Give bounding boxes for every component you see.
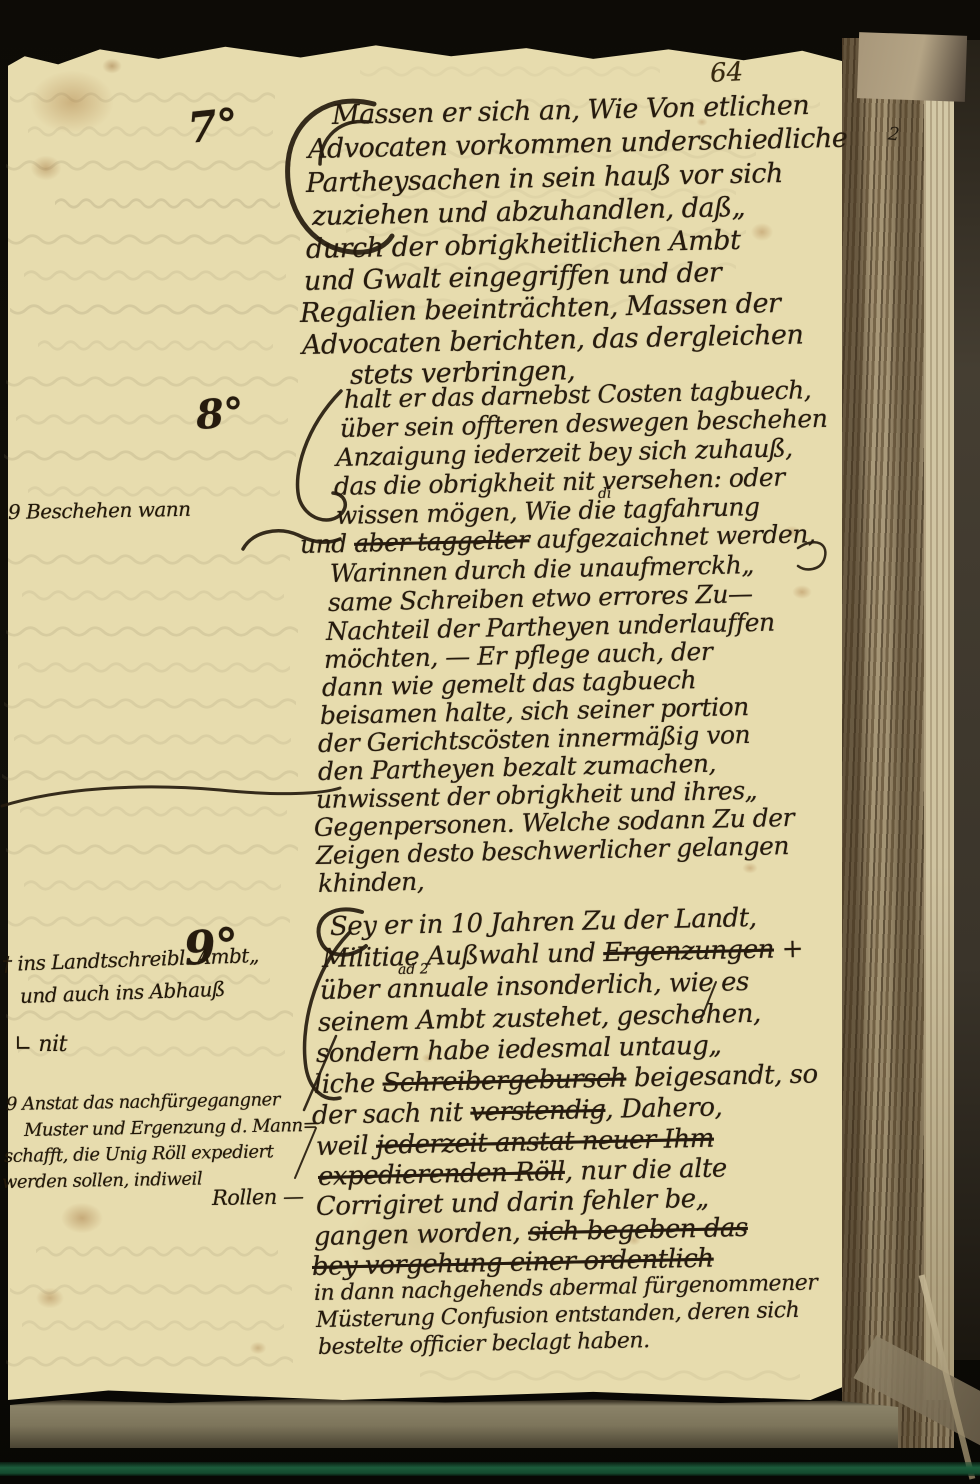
margin-note: 9 Beschehen wann: [8, 497, 191, 524]
backdrop-right-band: [950, 40, 980, 1360]
interline-insert: ad 2: [398, 961, 429, 978]
margin-note: werden sollen, indiweil: [2, 1169, 202, 1193]
fore-edge-light-strip: [924, 60, 954, 1400]
folio-number: 64: [709, 57, 744, 89]
manuscript-photo: 64 2 7°Massen er sich an, Wie Von etlich…: [0, 0, 980, 1484]
margin-note: Rollen —: [212, 1184, 304, 1210]
scanner-bed-stripe: [0, 1462, 980, 1476]
manuscript-line: khinden,: [318, 867, 425, 898]
interline-insert: di: [598, 486, 612, 502]
book-bottom-edge: [10, 1398, 898, 1448]
cover-corner-top: [857, 32, 967, 102]
margin-note: ∟ nit: [14, 1032, 67, 1057]
section-marker: 8°: [194, 389, 245, 439]
edge-page-number: 2: [887, 123, 901, 145]
section-marker: 7°: [185, 99, 240, 153]
